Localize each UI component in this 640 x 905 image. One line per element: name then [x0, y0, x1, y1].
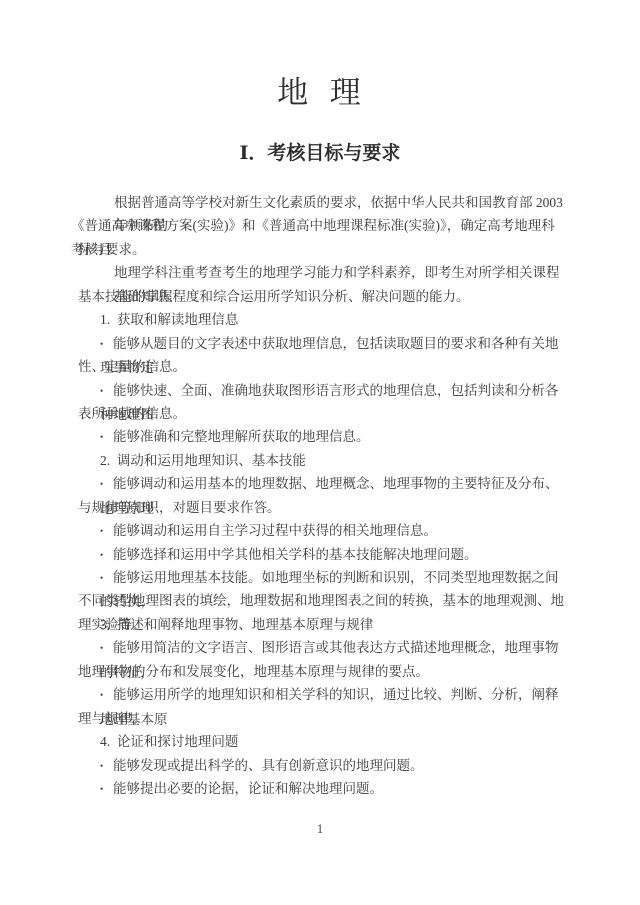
text-line: 不同类型地理图表的填绘，地理数据和地理图表之间的转换，基本的地理观测、地理实验等…: [78, 589, 564, 612]
bullet-icon: •: [100, 380, 113, 403]
text-line: 地理学科注重考查考生的地理学习能力和学科素养，即考生对所学相关课程基础知识、: [78, 261, 564, 284]
bullet-line: •能够运用地理基本技能。如地理坐标的判断和识别，不同类型地理数据之间的转换，: [78, 566, 564, 589]
text-line: 《普通高中课程方案(实验)》和《普通高中地理课程标准(实验)》，确定高考地理科考…: [71, 214, 564, 237]
bullet-line: •能够发现或提出科学的、具有创新意识的地理问题。: [78, 754, 564, 777]
bullet-line: •能够调动和运用基本的地理数据、地理概念、地理事物的主要特征及分布、地理原理: [78, 472, 564, 495]
section-heading: Ⅰ．考核目标与要求: [0, 142, 640, 166]
text-line: 表所承载的信息。: [78, 402, 564, 425]
text-line: 1. 获取和解读地理信息: [78, 308, 564, 331]
text-line: 2. 调动和运用地理知识、基本技能: [78, 449, 564, 472]
bullet-icon: •: [100, 520, 113, 543]
text-line: 基本技能的掌握程度和综合运用所学知识分析、解决问题的能力。: [78, 285, 564, 308]
bullet-icon: •: [100, 637, 113, 660]
page-number: 1: [0, 822, 640, 837]
bullet-icon: •: [100, 755, 113, 778]
text-line: 地理事物的分布和发展变化，地理基本原理与规律的要点。: [78, 660, 564, 683]
bullet-line: •能够准确和完整地理解所获取的地理信息。: [78, 425, 564, 448]
text-line: 3. 描述和阐释地理事物、地理基本原理与规律: [78, 613, 564, 636]
bullet-icon: •: [100, 684, 113, 707]
line-text: 能够准确和完整地理解所获取的地理信息。: [113, 429, 370, 444]
line-text: 能够调动和运用自主学习过程中获得的相关地理信息。: [113, 523, 437, 538]
bullet-line: •能够调动和运用自主学习过程中获得的相关地理信息。: [78, 519, 564, 542]
bullet-icon: •: [100, 333, 113, 356]
document-page: 地 理 Ⅰ．考核目标与要求 根据普通高等学校对新生文化素质的要求，依据中华人民共…: [0, 0, 640, 905]
text-line: 性、定量的信息。: [78, 355, 564, 378]
bullet-line: •能够用简洁的文字语言、图形语言或其他表达方式描述地理概念，地理事物的特征，: [78, 636, 564, 659]
text-line: 与规律等知识，对题目要求作答。: [78, 496, 564, 519]
bullet-line: •能够提出必要的论据，论证和解决地理问题。: [78, 777, 564, 800]
bullet-icon: •: [100, 778, 113, 801]
bullet-icon: •: [100, 544, 113, 567]
bullet-icon: •: [100, 567, 113, 590]
line-text: 能够选择和运用中学其他相关学科的基本技能解决地理问题。: [113, 547, 478, 562]
bullet-icon: •: [100, 426, 113, 449]
bullet-line: •能够快速、全面、准确地获取图形语言形式的地理信息，包括判读和分析各种地理图: [78, 379, 564, 402]
bullet-line: •能够选择和运用中学其他相关学科的基本技能解决地理问题。: [78, 543, 564, 566]
bullet-line: •能够从题目的文字表述中获取地理信息，包括读取题目的要求和各种有关地理事物定: [78, 332, 564, 355]
text-line: 标与要求。: [78, 238, 564, 261]
body-lines: 根据普通高等学校对新生文化素质的要求，依据中华人民共和国教育部 2003 年颁布…: [78, 191, 564, 800]
text-line: 4. 论证和探讨地理问题: [78, 730, 564, 753]
document-title: 地 理: [0, 76, 640, 110]
bullet-line: •能够运用所学的地理知识和相关学科的知识，通过比较、判断、分析，阐释地理基本原: [78, 683, 564, 706]
line-text: 能够提出必要的论据，论证和解决地理问题。: [113, 781, 383, 796]
bullet-icon: •: [100, 473, 113, 496]
text-line: 根据普通高等学校对新生文化素质的要求，依据中华人民共和国教育部 2003 年颁布…: [78, 191, 564, 214]
line-text: 能够发现或提出科学的、具有创新意识的地理问题。: [113, 758, 424, 773]
